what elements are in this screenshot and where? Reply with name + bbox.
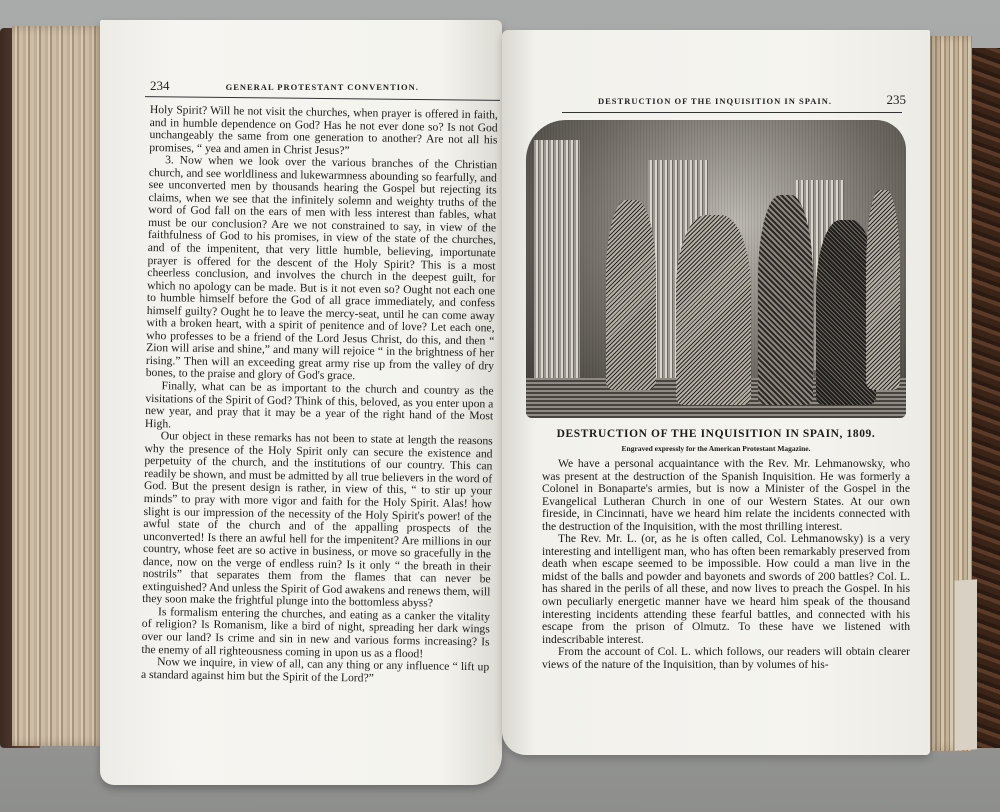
soldier-figure: [866, 190, 900, 390]
soldier-figure: [758, 195, 813, 405]
page-edges-left: [12, 26, 106, 746]
bookmark-slip: [954, 579, 977, 751]
right-header-rule: [562, 112, 902, 113]
left-header-rule: [145, 96, 500, 101]
left-running-title: GENERAL PROTESTANT CONVENTION.: [226, 82, 419, 92]
right-page-number: 235: [887, 92, 907, 108]
inquisitor-figure: [676, 215, 751, 405]
paragraph: The Rev. Mr. L. (or, as he is often call…: [542, 533, 910, 646]
paragraph: Is formalism entering the churches, and …: [141, 606, 490, 662]
paragraph: Holy Spirit? Will he not visit the churc…: [149, 104, 498, 160]
left-page: 234 GENERAL PROTESTANT CONVENTION. Holy …: [100, 20, 502, 785]
right-page: DESTRUCTION OF THE INQUISITION IN SPAIN.…: [502, 30, 930, 755]
right-running-title: DESTRUCTION OF THE INQUISITION IN SPAIN.: [598, 96, 832, 106]
stone-column: [534, 140, 580, 390]
left-page-number: 234: [150, 78, 170, 94]
paragraph: Our object in these remarks has not been…: [142, 430, 493, 611]
right-body-text: We have a personal acquaintance with the…: [542, 458, 910, 671]
left-body-text: Holy Spirit? Will he not visit the churc…: [141, 104, 498, 687]
engraving-illustration: [526, 120, 906, 418]
paragraph: Finally, what can be as important to the…: [145, 380, 494, 436]
robed-woman-figure: [606, 200, 656, 390]
paragraph: 3. Now when we look over the various bra…: [146, 154, 498, 385]
left-running-head: 234 GENERAL PROTESTANT CONVENTION.: [150, 78, 495, 94]
illustration-caption: DESTRUCTION OF THE INQUISITION IN SPAIN,…: [526, 428, 906, 440]
paragraph: From the account of Col. L. which follow…: [542, 646, 910, 671]
paragraph: We have a personal acquaintance with the…: [542, 458, 910, 533]
paragraph: Now we inquire, in view of all, can any …: [141, 656, 489, 687]
right-running-head: DESTRUCTION OF THE INQUISITION IN SPAIN.…: [598, 92, 906, 108]
illustration-credit: Engraved expressly for the American Prot…: [526, 444, 906, 453]
